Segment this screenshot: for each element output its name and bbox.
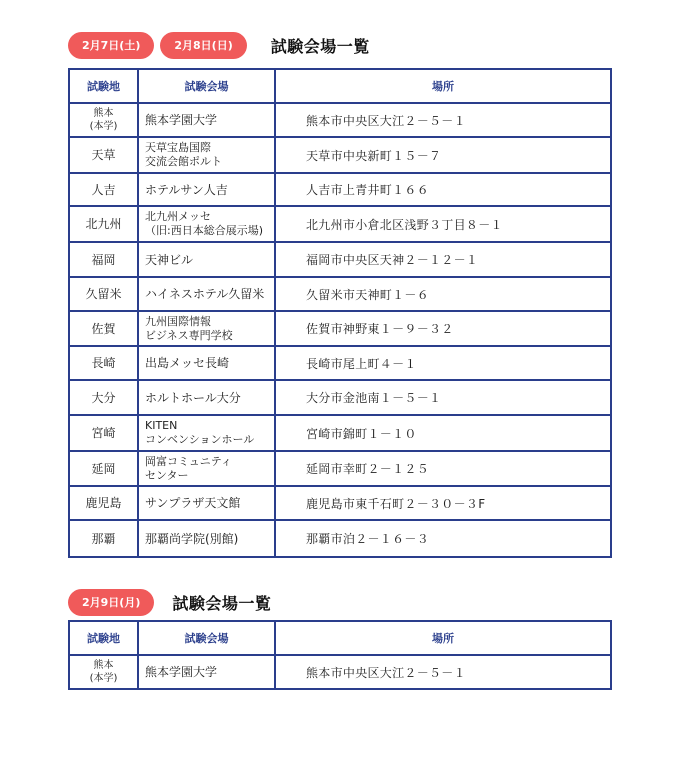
table-row: 熊本 (本学)熊本学園大学熊本市中央区大江２－５－１ (69, 655, 611, 689)
cell-venue: 熊本学園大学 (138, 655, 275, 689)
cell-region: 佐賀 (69, 311, 138, 346)
cell-venue: 出島メッセ長崎 (138, 346, 275, 380)
cell-venue: ハイネスホテル久留米 (138, 277, 275, 311)
section-title: 試験会場一覧 (271, 34, 370, 57)
table-header-row: 試験地 試験会場 場所 (69, 69, 611, 103)
cell-venue: 熊本学園大学 (138, 103, 275, 137)
cell-address: 北九州市小倉北区浅野３丁目８－１ (275, 206, 611, 242)
cell-address: 佐賀市神野東１－９－３２ (275, 311, 611, 346)
header-venue: 試験会場 (138, 69, 275, 103)
cell-region: 人吉 (69, 173, 138, 206)
header-venue: 試験会場 (138, 621, 275, 655)
cell-venue: KITEN コンベンションホール (138, 415, 275, 451)
cell-venue: 九州国際情報 ビジネス専門学校 (138, 311, 275, 346)
venue-table-feb7-8: 試験地 試験会場 場所 熊本 (本学)熊本学園大学熊本市中央区大江２－５－１天草… (68, 68, 612, 558)
cell-venue: 天草宝島国際 交流会館ポルト (138, 137, 275, 173)
cell-region: 延岡 (69, 451, 138, 486)
cell-address: 人吉市上青井町１６６ (275, 173, 611, 206)
cell-address: 熊本市中央区大江２－５－１ (275, 655, 611, 689)
date-badge: 2月9日(月) (68, 589, 154, 616)
cell-region: 長崎 (69, 346, 138, 380)
cell-address: 延岡市幸町２－１２５ (275, 451, 611, 486)
cell-venue: 岡富コミュニティ センター (138, 451, 275, 486)
venue-table-feb9: 試験地 試験会場 場所 熊本 (本学)熊本学園大学熊本市中央区大江２－５－１ (68, 620, 612, 690)
date-badge: 2月7日(土) (68, 32, 154, 59)
cell-region: 大分 (69, 380, 138, 415)
table-header-row: 試験地 試験会場 場所 (69, 621, 611, 655)
cell-region: 久留米 (69, 277, 138, 311)
table-row: 人吉ホテルサン人吉人吉市上青井町１６６ (69, 173, 611, 206)
table-row: 熊本 (本学)熊本学園大学熊本市中央区大江２－５－１ (69, 103, 611, 137)
cell-venue: ホルトホール大分 (138, 380, 275, 415)
header-region: 試験地 (69, 69, 138, 103)
cell-address: 久留米市天神町１－６ (275, 277, 611, 311)
section-title: 試験会場一覧 (172, 591, 271, 614)
table-row: 久留米ハイネスホテル久留米久留米市天神町１－６ (69, 277, 611, 311)
table-row: 佐賀九州国際情報 ビジネス専門学校佐賀市神野東１－９－３２ (69, 311, 611, 346)
cell-region: 熊本 (本学) (69, 655, 138, 689)
cell-address: 熊本市中央区大江２－５－１ (275, 103, 611, 137)
cell-region: 福岡 (69, 242, 138, 277)
cell-address: 天草市中央新町１５－７ (275, 137, 611, 173)
cell-address: 那覇市泊２－１６－３ (275, 520, 611, 557)
table-row: 長崎出島メッセ長崎長崎市尾上町４－１ (69, 346, 611, 380)
section-header-feb7-8: 2月7日(土) 2月8日(日) 試験会場一覧 (68, 32, 370, 59)
cell-region: 那覇 (69, 520, 138, 557)
cell-address: 長崎市尾上町４－１ (275, 346, 611, 380)
cell-region: 北九州 (69, 206, 138, 242)
date-badge: 2月8日(日) (160, 32, 246, 59)
cell-region: 鹿児島 (69, 486, 138, 520)
header-region: 試験地 (69, 621, 138, 655)
cell-venue: サンプラザ天文館 (138, 486, 275, 520)
table-row: 那覇那覇尚学院(別館)那覇市泊２－１６－３ (69, 520, 611, 557)
cell-address: 大分市金池南１－５－１ (275, 380, 611, 415)
cell-region: 天草 (69, 137, 138, 173)
cell-region: 宮崎 (69, 415, 138, 451)
table-row: 北九州北九州メッセ （旧:西日本総合展示場)北九州市小倉北区浅野３丁目８－１ (69, 206, 611, 242)
cell-venue: 天神ビル (138, 242, 275, 277)
cell-region: 熊本 (本学) (69, 103, 138, 137)
cell-address: 福岡市中央区天神２－１２－１ (275, 242, 611, 277)
table-row: 天草天草宝島国際 交流会館ポルト天草市中央新町１５－７ (69, 137, 611, 173)
cell-address: 宮崎市錦町１－１０ (275, 415, 611, 451)
table-row: 鹿児島サンプラザ天文館鹿児島市東千石町２－３０－３F (69, 486, 611, 520)
table-row: 宮崎KITEN コンベンションホール宮崎市錦町１－１０ (69, 415, 611, 451)
cell-address: 鹿児島市東千石町２－３０－３F (275, 486, 611, 520)
table-row: 福岡天神ビル福岡市中央区天神２－１２－１ (69, 242, 611, 277)
header-address: 場所 (275, 621, 611, 655)
section-header-feb9: 2月9日(月) 試験会場一覧 (68, 589, 271, 616)
cell-venue: 那覇尚学院(別館) (138, 520, 275, 557)
header-address: 場所 (275, 69, 611, 103)
cell-venue: 北九州メッセ （旧:西日本総合展示場) (138, 206, 275, 242)
cell-venue: ホテルサン人吉 (138, 173, 275, 206)
table-row: 大分ホルトホール大分大分市金池南１－５－１ (69, 380, 611, 415)
table-row: 延岡岡富コミュニティ センター延岡市幸町２－１２５ (69, 451, 611, 486)
